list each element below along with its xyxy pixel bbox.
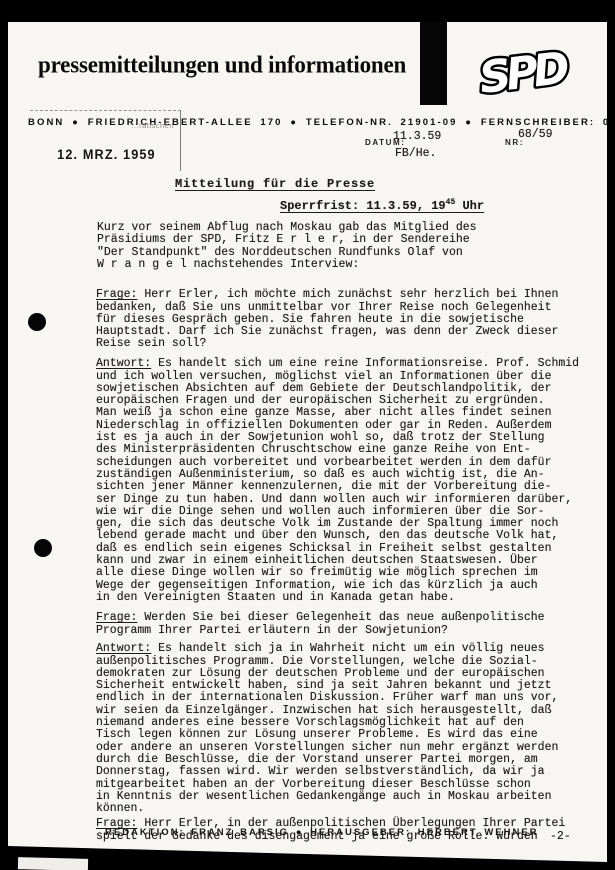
hole-punch-bottom: [34, 539, 52, 557]
embargo-text: Sperrfrist: 11.3.59, 19: [280, 199, 446, 213]
document-page: pressemitteilungen und informationen SPD…: [8, 22, 607, 862]
embargo-time-sup: 45: [446, 198, 456, 207]
page-number: -2-: [550, 830, 571, 843]
datum-value: 11.3.59: [393, 131, 441, 143]
stamp-faint-text: …ratischen: [131, 121, 174, 130]
nr-value: 68/59: [518, 129, 553, 141]
stamp-date: 12. MRZ. 1959: [57, 147, 156, 162]
scan-black-tab: [420, 22, 447, 105]
question-label: Frage:: [96, 288, 137, 301]
hole-punch-top: [28, 313, 46, 331]
received-stamp: …ratischen 12. MRZ. 1959: [30, 110, 181, 171]
answer-2: Antwort: Es handelt sich ja in Wahrheit …: [75, 631, 615, 815]
answer-label: Antwort:: [96, 357, 151, 370]
intro-paragraph: Kurz vor seinem Abflug nach Moskau gab d…: [97, 222, 597, 271]
question-text: Herr Erler, ich möchte mich zunächst seh…: [96, 288, 558, 350]
paper-sliver: [18, 857, 88, 870]
embargo-unit: Uhr: [455, 199, 484, 213]
embargo-line: Sperrfrist: 11.3.59, 1945 Uhr: [280, 198, 484, 213]
spd-logo-text: SPD: [477, 43, 571, 104]
answer-text: Es handelt sich ja in Wahrheit nicht um …: [96, 642, 558, 815]
spd-logo: SPD: [463, 38, 581, 108]
question-label: Frage:: [96, 611, 137, 624]
reference-code: FB/He.: [395, 148, 436, 160]
answer-text: Es handelt sich um eine reine Informatio…: [96, 357, 579, 604]
scan-background: pressemitteilungen und informationen SPD…: [0, 0, 615, 870]
footer-imprint: REDAKTION: FRANZ BARSIG ● HERAUSGEBER: H…: [105, 827, 539, 838]
answer-label: Antwort:: [96, 642, 151, 655]
press-notice-title: Mitteilung für die Presse: [175, 177, 375, 191]
answer-1: Antwort: Es handelt sich um eine reine I…: [75, 346, 615, 604]
question-1: Frage: Herr Erler, ich möchte mich zunäc…: [75, 277, 615, 351]
page-title: pressemitteilungen und informationen: [38, 51, 406, 78]
